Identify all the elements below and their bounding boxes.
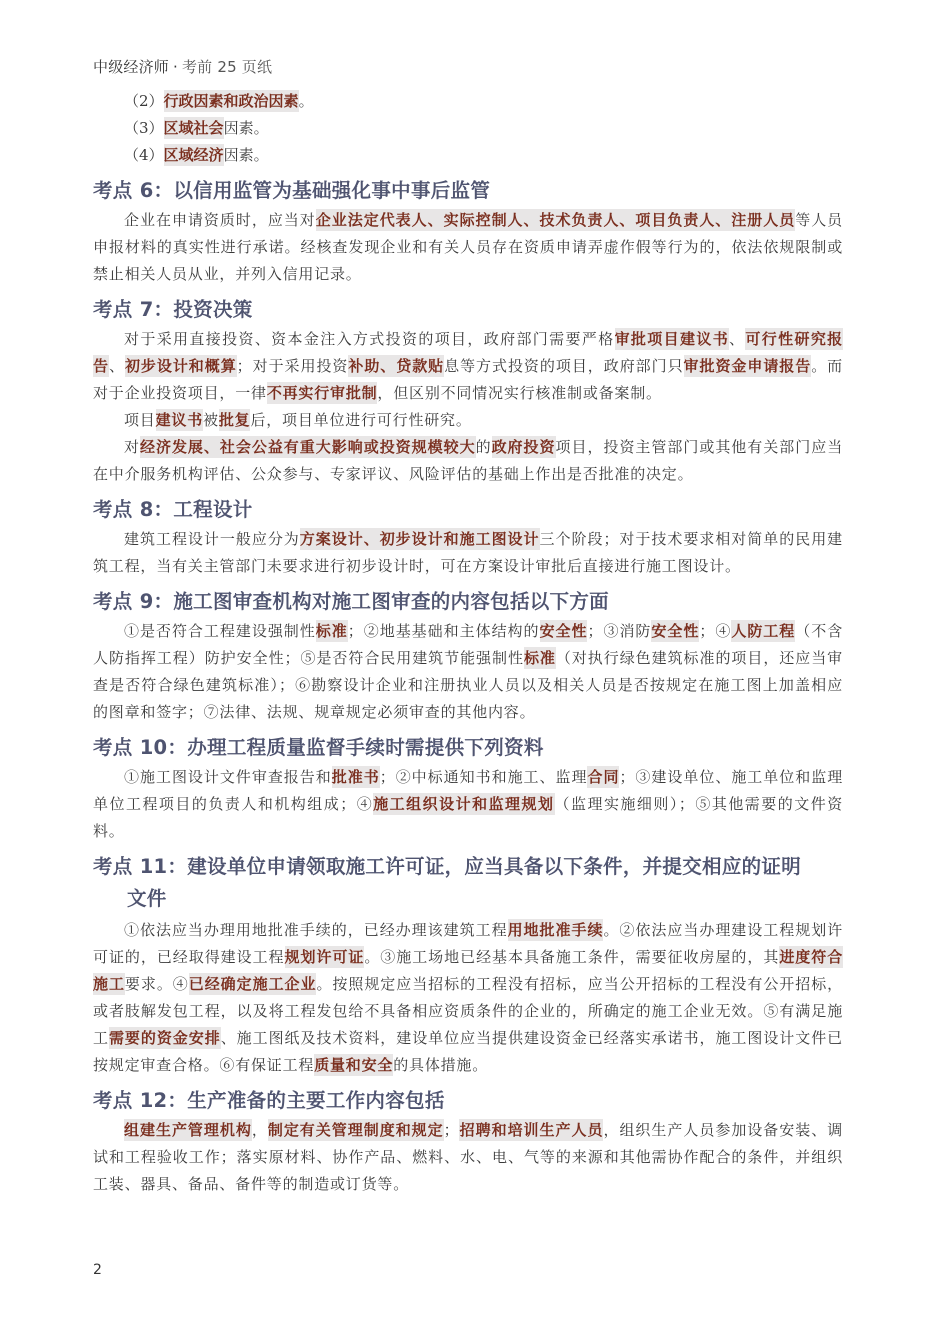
section-heading-text: 考点 8：工程设计 bbox=[93, 498, 253, 521]
highlighted-keyword: 补助、贷款贴 bbox=[348, 355, 444, 377]
section-heading: 考点 8：工程设计 bbox=[93, 495, 843, 525]
highlighted-keyword: 审批项目建议书 bbox=[615, 328, 729, 350]
text-run: 因素。 bbox=[224, 119, 269, 137]
text-run: 对 bbox=[124, 438, 140, 456]
text-run: 建筑工程设计一般应分为 bbox=[124, 530, 300, 548]
text-run: ①施工图设计文件审查报告和 bbox=[124, 768, 332, 786]
exam-point-section: 考点 9：施工图审查机构对施工图审查的内容包括以下方面①是否符合工程建设强制性标… bbox=[93, 587, 843, 726]
highlighted-keyword: 经济发展、社会公益有重大影响或投资规模较大 bbox=[140, 436, 476, 458]
text-run: （2） bbox=[124, 92, 164, 110]
section-heading-text: 考点 10：办理工程质量监督手续时需提供下列资料 bbox=[93, 736, 544, 759]
text-run: 对于采用直接投资、资本金注入方式投资的项目，政府部门需要严格 bbox=[124, 330, 615, 348]
text-run: ， bbox=[252, 1121, 268, 1139]
highlighted-keyword: 已经确定施工企业 bbox=[189, 973, 317, 995]
body-paragraph: 对经济发展、社会公益有重大影响或投资规模较大的政府投资项目，投资主管部门或其他有… bbox=[93, 434, 843, 488]
text-run: 要求。④ bbox=[125, 975, 189, 993]
text-run: （3） bbox=[124, 119, 164, 137]
text-run: ；③消防 bbox=[587, 622, 651, 640]
highlighted-keyword: 安全性 bbox=[651, 620, 699, 642]
highlighted-keyword: 行政因素和政治因素 bbox=[164, 90, 299, 112]
text-run: ；④ bbox=[699, 622, 731, 640]
page-number: 2 bbox=[93, 1262, 102, 1278]
text-run: ；②地基基础和主体结构的 bbox=[348, 622, 540, 640]
exam-point-section: 考点 7：投资决策对于采用直接投资、资本金注入方式投资的项目，政府部门需要严格审… bbox=[93, 295, 843, 488]
text-run: ； bbox=[444, 1121, 460, 1139]
exam-point-section: 考点 10：办理工程质量监督手续时需提供下列资料①施工图设计文件审查报告和批准书… bbox=[93, 733, 843, 845]
highlighted-keyword: 安全性 bbox=[540, 620, 588, 642]
text-run: ①依法应当办理用地批准手续的，已经办理该建筑工程 bbox=[124, 921, 508, 939]
body-paragraph: 项目建议书被批复后，项目单位进行可行性研究。 bbox=[93, 407, 843, 434]
running-header: 中级经济师·考前 25 页纸 bbox=[93, 56, 272, 77]
section-heading-text: 考点 7：投资决策 bbox=[93, 298, 253, 321]
highlighted-keyword: 需要的资金安排 bbox=[109, 1027, 221, 1049]
header-subtitle: 考前 25 页纸 bbox=[182, 58, 272, 76]
section-heading: 考点 12：生产准备的主要工作内容包括 bbox=[93, 1086, 843, 1116]
highlighted-keyword: 政府投资 bbox=[492, 436, 556, 458]
list-item: （4）区域经济因素。 bbox=[93, 142, 843, 169]
section-heading: 考点 9：施工图审查机构对施工图审查的内容包括以下方面 bbox=[93, 587, 843, 617]
highlighted-keyword: 批准书 bbox=[332, 766, 380, 788]
list-item: （3）区域社会因素。 bbox=[93, 115, 843, 142]
text-run: 企业在申请资质时，应当对 bbox=[124, 211, 316, 229]
section-heading-text: 考点 11：建设单位申请领取施工许可证，应当具备以下条件，并提交相应的证明 bbox=[93, 855, 801, 878]
highlighted-keyword: 组建生产管理机构 bbox=[124, 1119, 252, 1141]
text-run: 的具体措施。 bbox=[393, 1056, 488, 1074]
text-run: ；②中标通知书和施工、监理 bbox=[380, 768, 588, 786]
body-paragraph: ①依法应当办理用地批准手续的，已经办理该建筑工程用地批准手续。②依法应当办理建设… bbox=[93, 917, 843, 1079]
highlighted-keyword: 质量和安全 bbox=[314, 1054, 393, 1076]
highlighted-keyword: 标准 bbox=[316, 620, 348, 642]
section-heading-text: 考点 12：生产准备的主要工作内容包括 bbox=[93, 1089, 445, 1112]
text-run: 因素。 bbox=[224, 146, 269, 164]
text-run: 项目 bbox=[124, 411, 156, 429]
highlighted-keyword: 人防工程 bbox=[731, 620, 795, 642]
highlighted-keyword: 用地批准手续 bbox=[508, 919, 604, 941]
body-paragraph: 对于采用直接投资、资本金注入方式投资的项目，政府部门需要严格审批项目建议书、可行… bbox=[93, 326, 843, 407]
exam-point-section: 考点 12：生产准备的主要工作内容包括组建生产管理机构，制定有关管理制度和规定；… bbox=[93, 1086, 843, 1198]
section-heading-text: 考点 9：施工图审查机构对施工图审查的内容包括以下方面 bbox=[93, 590, 609, 613]
section-heading-text: 考点 6：以信用监管为基础强化事中事后监管 bbox=[93, 179, 490, 202]
section-heading: 考点 11：建设单位申请领取施工许可证，应当具备以下条件，并提交相应的证明文件 bbox=[93, 852, 843, 916]
list-item: （2）行政因素和政治因素。 bbox=[93, 88, 843, 115]
sections: 考点 6：以信用监管为基础强化事中事后监管企业在申请资质时，应当对企业法定代表人… bbox=[93, 176, 843, 1198]
header-separator: · bbox=[173, 58, 178, 76]
section-heading: 考点 7：投资决策 bbox=[93, 295, 843, 325]
section-heading: 考点 6：以信用监管为基础强化事中事后监管 bbox=[93, 176, 843, 206]
body-paragraph: 企业在申请资质时，应当对企业法定代表人、实际控制人、技术负责人、项目负责人、注册… bbox=[93, 207, 843, 288]
highlighted-keyword: 批复 bbox=[219, 409, 251, 431]
text-run: 、 bbox=[109, 357, 125, 375]
highlighted-keyword: 区域经济 bbox=[164, 144, 224, 166]
body-paragraph: ①是否符合工程建设强制性标准；②地基基础和主体结构的安全性；③消防安全性；④人防… bbox=[93, 618, 843, 726]
highlighted-keyword: 规划许可证 bbox=[285, 946, 365, 968]
section-heading-continuation: 文件 bbox=[93, 882, 843, 916]
highlighted-keyword: 标准 bbox=[524, 647, 556, 669]
section-heading: 考点 10：办理工程质量监督手续时需提供下列资料 bbox=[93, 733, 843, 763]
text-run: 被 bbox=[203, 411, 219, 429]
text-run: 。 bbox=[299, 92, 314, 110]
highlighted-keyword: 施工组织设计和监理规划 bbox=[373, 793, 554, 815]
highlighted-keyword: 区域社会 bbox=[164, 117, 224, 139]
highlighted-keyword: 方案设计、初步设计和施工图设计 bbox=[300, 528, 540, 550]
text-run: 、 bbox=[729, 330, 745, 348]
body-paragraph: 建筑工程设计一般应分为方案设计、初步设计和施工图设计三个阶段；对于技术要求相对简… bbox=[93, 526, 843, 580]
highlighted-keyword: 招聘和培训生产人员 bbox=[459, 1119, 603, 1141]
highlighted-keyword: 初步设计和概算 bbox=[125, 355, 237, 377]
header-title: 中级经济师 bbox=[93, 58, 169, 76]
page-content: （2）行政因素和政治因素。（3）区域社会因素。（4）区域经济因素。 考点 6：以… bbox=[93, 88, 843, 1198]
intro-list: （2）行政因素和政治因素。（3）区域社会因素。（4）区域经济因素。 bbox=[93, 88, 843, 169]
text-run: （4） bbox=[124, 146, 164, 164]
exam-point-section: 考点 11：建设单位申请领取施工许可证，应当具备以下条件，并提交相应的证明文件①… bbox=[93, 852, 843, 1079]
exam-point-section: 考点 8：工程设计建筑工程设计一般应分为方案设计、初步设计和施工图设计三个阶段；… bbox=[93, 495, 843, 580]
highlighted-keyword: 不再实行审批制 bbox=[267, 382, 378, 404]
text-run: ；对于采用投资 bbox=[237, 357, 349, 375]
text-run: 息等方式投资的项目，政府部门只 bbox=[444, 357, 683, 375]
highlighted-keyword: 建议书 bbox=[156, 409, 203, 431]
exam-point-section: 考点 6：以信用监管为基础强化事中事后监管企业在申请资质时，应当对企业法定代表人… bbox=[93, 176, 843, 288]
text-run: 后，项目单位进行可行性研究。 bbox=[250, 411, 471, 429]
text-run: 。③施工场地已经基本具备施工条件，需要征收房屋的，其 bbox=[364, 948, 779, 966]
highlighted-keyword: 企业法定代表人、实际控制人、技术负责人、项目负责人、注册人员 bbox=[316, 209, 795, 231]
body-paragraph: ①施工图设计文件审查报告和批准书；②中标通知书和施工、监理合同；③建设单位、施工… bbox=[93, 764, 843, 845]
highlighted-keyword: 合同 bbox=[587, 766, 619, 788]
text-run: ，但区别不同情况实行核准制或备案制。 bbox=[377, 384, 661, 402]
highlighted-keyword: 制定有关管理制度和规定 bbox=[268, 1119, 444, 1141]
text-run: 的 bbox=[476, 438, 492, 456]
highlighted-keyword: 审批资金申请报告 bbox=[684, 355, 812, 377]
body-paragraph: 组建生产管理机构，制定有关管理制度和规定；招聘和培训生产人员，组织生产人员参加设… bbox=[93, 1117, 843, 1198]
text-run: ①是否符合工程建设强制性 bbox=[124, 622, 316, 640]
